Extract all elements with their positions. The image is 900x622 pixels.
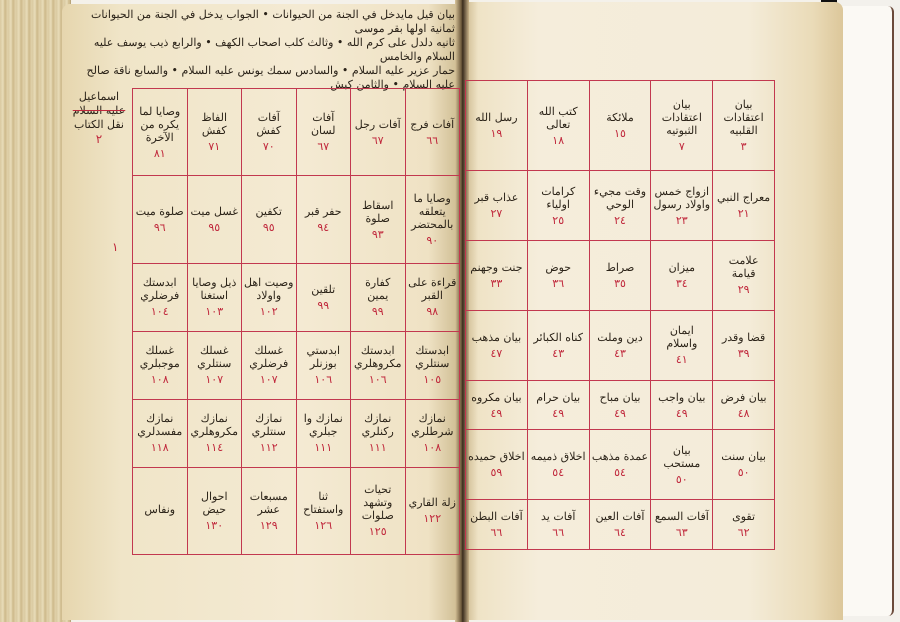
page-number: ٣ — [715, 140, 772, 153]
page-number: ٩٩ — [353, 305, 403, 318]
page-number: ٥٠ — [715, 466, 772, 479]
topic-title: عذاب قبر — [468, 191, 525, 204]
index-cell: قضا وقدر٣٩ — [713, 310, 775, 380]
topic-title: رسل الله — [468, 111, 525, 124]
table-row: زلة القاري١٢٢تحيات وتشهد صلوات١٢٥ثنا واس… — [133, 467, 460, 554]
index-cell: بيان سنت٥٠ — [713, 430, 775, 500]
index-cell: اخلاق ذميمه٥٤ — [527, 430, 589, 500]
index-cell: ملائكة١٥ — [589, 81, 651, 171]
side-note-number: ٢ — [68, 132, 130, 146]
page-number: ٢٣ — [653, 214, 710, 227]
page-number: ١١٢ — [244, 441, 294, 454]
index-cell: وصايا لما يكره من الآخرة٨١ — [133, 89, 188, 176]
side-note: اسماعيل عليه السلام نقل الكتاب ٢ — [68, 90, 130, 146]
page-number: ٤١ — [653, 353, 710, 366]
topic-title: آفات كفش — [244, 111, 294, 137]
topic-title: نمازك سنتلري — [244, 412, 294, 438]
index-cell: كفارة يمين٩٩ — [351, 263, 406, 331]
topic-title: نمازك شرطلري — [408, 412, 458, 438]
index-cell: جنت وجهنم٣٣ — [466, 240, 528, 310]
topic-title: دين وملت — [592, 331, 649, 344]
page-number: ١٣٠ — [190, 519, 240, 532]
page-number: ٧ — [653, 140, 710, 153]
index-cell: وصايا ما يتعلقه بالمحتضر٩٠ — [405, 176, 460, 263]
right-page-index-table: بيان اعتقادات القلبيه٣بيان اعتقادات الثب… — [465, 80, 775, 550]
topic-title: نمازك وا جبلري — [299, 412, 349, 438]
left-page-index-table: آفات فرج٦٦آفات رجل٦٧آفات لسان٦٧آفات كفش٧… — [132, 88, 460, 555]
page-number: ٦٦ — [530, 526, 587, 539]
table-row: وصايا ما يتعلقه بالمحتضر٩٠اسقاط صلوة٩٣حف… — [133, 176, 460, 263]
book-page-edges — [0, 0, 71, 622]
topic-title: كفارة يمين — [353, 276, 403, 302]
page-number: ٣٦ — [530, 277, 587, 290]
index-cell: آفات لسان٦٧ — [296, 89, 351, 176]
side-note-line: اسماعيل — [68, 90, 130, 104]
page-number: ٤٧ — [468, 347, 525, 360]
table-row: تقوى٦٢آفات السمع٦٣آفات العين٦٤آفات يد٦٦آ… — [466, 500, 775, 550]
index-cell: غسلك موجبلري١٠٨ — [133, 331, 188, 399]
index-cell: آفات يد٦٦ — [527, 500, 589, 550]
index-cell: آفات السمع٦٣ — [651, 500, 713, 550]
page-number: ٦٦ — [408, 134, 458, 147]
topic-title: وصايا ما يتعلقه بالمحتضر — [408, 192, 458, 231]
topic-title: جنت وجهنم — [468, 261, 525, 274]
index-cell: وصيت اهل واولاد١٠٢ — [242, 263, 297, 331]
topic-title: غسل ميت — [190, 205, 240, 218]
topic-title: آفات يد — [530, 510, 587, 523]
index-cell: دين وملت٤٣ — [589, 310, 651, 380]
topic-title: ابدستي بوزنلر — [299, 344, 349, 370]
topic-title: تقوى — [715, 510, 772, 523]
index-cell: كرامات اولياء٢٥ — [527, 171, 589, 241]
index-cell: عمدة مذهب٥٤ — [589, 430, 651, 500]
index-cell: غسل ميت٩٥ — [187, 176, 242, 263]
topic-title: آفات رجل — [353, 118, 403, 131]
topic-title: غسلك موجبلري — [135, 344, 185, 370]
flyleaf-page — [838, 6, 894, 616]
page-number: ٣٩ — [715, 347, 772, 360]
index-cell: نمازك شرطلري١٠٨ — [405, 399, 460, 467]
page-number: ٩٦ — [135, 221, 185, 234]
table-row: بيان سنت٥٠بيان مستحب٥٠عمدة مذهب٥٤اخلاق ذ… — [466, 430, 775, 500]
index-cell: بيان مستحب٥٠ — [651, 430, 713, 500]
page-number: ٢٤ — [592, 214, 649, 227]
page-number: ١١١ — [299, 441, 349, 454]
topic-title: كناه الكبائر — [530, 331, 587, 344]
page-number: ١٠٧ — [244, 373, 294, 386]
topic-title: بيان فرض — [715, 391, 772, 404]
table-row: ابدستك سنتلري١٠٥ابدستك مكروهلري١٠٦ابدستي… — [133, 331, 460, 399]
page-number: ١٩ — [468, 127, 525, 140]
topic-title: بيان سنت — [715, 450, 772, 463]
topic-title: بيان اعتقادات الثبوتيه — [653, 98, 710, 137]
page-number: ٢٧ — [468, 207, 525, 220]
topic-title: ملائكة — [592, 111, 649, 124]
index-cell: صراط٣٥ — [589, 240, 651, 310]
page-number: ١٠٨ — [135, 373, 185, 386]
page-number: ٤٩ — [530, 407, 587, 420]
topic-title: كتب الله تعالى — [530, 105, 587, 131]
topic-title: حفر قبر — [299, 205, 349, 218]
topic-title: ابدستك مكروهلري — [353, 344, 403, 370]
index-cell: وقت مجيء الوحي٢٤ — [589, 171, 651, 241]
index-cell: كتب الله تعالى١٨ — [527, 81, 589, 171]
topic-title: ذيل وصايا استغنا — [190, 276, 240, 302]
page-number: ٩٥ — [244, 221, 294, 234]
page-number: ١٢٦ — [299, 519, 349, 532]
topic-title: تلقين — [299, 283, 349, 296]
topic-title: بيان اعتقادات القلبيه — [715, 98, 772, 137]
topic-title: بيان مكروه — [468, 391, 525, 404]
index-cell: آفات كفش٧٠ — [242, 89, 297, 176]
topic-title: عمدة مذهب — [592, 450, 649, 463]
index-cell: بيان واجب٤٩ — [651, 380, 713, 430]
index-cell: علامت قيامة٢٩ — [713, 240, 775, 310]
topic-title: صلوة ميت — [135, 205, 185, 218]
page-number: ٧٠ — [244, 140, 294, 153]
margin-number: ١ — [112, 240, 118, 254]
table-row: آفات فرج٦٦آفات رجل٦٧آفات لسان٦٧آفات كفش٧… — [133, 89, 460, 176]
index-cell: ذيل وصايا استغنا١٠٣ — [187, 263, 242, 331]
index-cell: حوض٣٦ — [527, 240, 589, 310]
index-cell: زلة القاري١٢٢ — [405, 467, 460, 554]
index-cell: نمازك سنتلري١١٢ — [242, 399, 297, 467]
topic-title: تكفين — [244, 205, 294, 218]
table-row: نمازك شرطلري١٠٨نمازك ركنلري١١١نمازك وا ج… — [133, 399, 460, 467]
index-cell: آفات العين٦٤ — [589, 500, 651, 550]
topic-title: علامت قيامة — [715, 254, 772, 280]
topic-title: وصيت اهل واولاد — [244, 276, 294, 302]
topic-title: زلة القاري — [408, 496, 458, 509]
page-number: ١٠٨ — [408, 441, 458, 454]
index-cell: بيان مكروه٤٩ — [466, 380, 528, 430]
topic-title: آفات السمع — [653, 510, 710, 523]
page-number: ٥٩ — [468, 466, 525, 479]
page-number: ٩٩ — [299, 299, 349, 312]
page-number: ١٠٧ — [190, 373, 240, 386]
index-cell: آفات البطن٦٦ — [466, 500, 528, 550]
page-number: ٩٠ — [408, 234, 458, 247]
left-page-heading: بيان قيل مايدخل في الجنة من الحيوانات • … — [70, 8, 455, 92]
topic-title: بيان مستحب — [653, 444, 710, 470]
index-cell: معراج النبي٢١ — [713, 171, 775, 241]
page-number: ١٠٦ — [299, 373, 349, 386]
index-cell: بيان مباح٤٩ — [589, 380, 651, 430]
page-number: ٥٠ — [653, 473, 710, 486]
page-number: ٥٤ — [592, 466, 649, 479]
index-cell: نمازك مكروهلري١١٤ — [187, 399, 242, 467]
page-number: ٤٩ — [468, 407, 525, 420]
index-cell: ابدستي بوزنلر١٠٦ — [296, 331, 351, 399]
page-number: ٦٧ — [353, 134, 403, 147]
topic-title: نمازك مفسدلري — [135, 412, 185, 438]
topic-title: ازواج خمس واولاد رسول — [653, 185, 710, 211]
topic-title: ايمان واسلام — [653, 324, 710, 350]
page-number: ٦٧ — [299, 140, 349, 153]
index-cell: ايمان واسلام٤١ — [651, 310, 713, 380]
side-note-line: نقل الكتاب — [68, 118, 130, 132]
index-cell: نمازك مفسدلري١١٨ — [133, 399, 188, 467]
topic-title: بيان مذهب — [468, 331, 525, 344]
page-number: ١٠٣ — [190, 305, 240, 318]
page-number: ٥٤ — [530, 466, 587, 479]
index-cell: ابدستك فرضلري١٠٤ — [133, 263, 188, 331]
page-number: ٤٩ — [653, 407, 710, 420]
index-cell: ابدستك مكروهلري١٠٦ — [351, 331, 406, 399]
index-cell: بيان فرض٤٨ — [713, 380, 775, 430]
index-cell: كناه الكبائر٤٣ — [527, 310, 589, 380]
index-cell: تقوى٦٢ — [713, 500, 775, 550]
page-number: ١٢٢ — [408, 512, 458, 525]
page-number: ٦٤ — [592, 526, 649, 539]
page-number: ٩٣ — [353, 228, 403, 241]
topic-title: قضا وقدر — [715, 331, 772, 344]
topic-title: نمازك ركنلري — [353, 412, 403, 438]
topic-title: بيان واجب — [653, 391, 710, 404]
index-cell: الفاظ كفش٧١ — [187, 89, 242, 176]
index-cell: نمازك وا جبلري١١١ — [296, 399, 351, 467]
index-cell: احوال حيض١٣٠ — [187, 467, 242, 554]
topic-title: صراط — [592, 261, 649, 274]
topic-title: الفاظ كفش — [190, 111, 240, 137]
index-cell: رسل الله١٩ — [466, 81, 528, 171]
page-number: ١١٨ — [135, 441, 185, 454]
topic-title: غسلك سنتلري — [190, 344, 240, 370]
index-cell: تكفين٩٥ — [242, 176, 297, 263]
page-number: ١٠٢ — [244, 305, 294, 318]
topic-title: آفات لسان — [299, 111, 349, 137]
table-row: معراج النبي٢١ازواج خمس واولاد رسول٢٣وقت … — [466, 171, 775, 241]
topic-title: حوض — [530, 261, 587, 274]
topic-title: غسلك فرضلري — [244, 344, 294, 370]
heading-line: ثانيه دلدل على كرم الله • وثالث كلب اصحا… — [70, 36, 455, 64]
topic-title: وصايا لما يكره من الآخرة — [135, 105, 185, 144]
page-number: ٤٩ — [592, 407, 649, 420]
page-number: ٤٣ — [530, 347, 587, 360]
page-number: ٤٣ — [592, 347, 649, 360]
index-cell: اخلاق حميده٥٩ — [466, 430, 528, 500]
topic-title: ميزان — [653, 261, 710, 274]
index-cell: بيان مذهب٤٧ — [466, 310, 528, 380]
topic-title: معراج النبي — [715, 191, 772, 204]
topic-title: مسبعات عشر — [244, 490, 294, 516]
page-number: ٩٥ — [190, 221, 240, 234]
page-number: ٣٥ — [592, 277, 649, 290]
topic-title: آفات فرج — [408, 118, 458, 131]
index-cell: قراءة على القبر٩٨ — [405, 263, 460, 331]
topic-title: ونفاس — [135, 503, 185, 516]
table-row: بيان اعتقادات القلبيه٣بيان اعتقادات الثب… — [466, 81, 775, 171]
page-number: ٢٥ — [530, 214, 587, 227]
topic-title: اخلاق حميده — [468, 450, 525, 463]
index-cell: ثنا واستفتاح١٢٦ — [296, 467, 351, 554]
topic-title: ابدستك فرضلري — [135, 276, 185, 302]
index-cell: تلقين٩٩ — [296, 263, 351, 331]
index-cell: نمازك ركنلري١١١ — [351, 399, 406, 467]
page-number: ٢٩ — [715, 283, 772, 296]
topic-title: آفات البطن — [468, 510, 525, 523]
page-number: ١٠٤ — [135, 305, 185, 318]
index-cell: مسبعات عشر١٢٩ — [242, 467, 297, 554]
page-number: ٤٨ — [715, 407, 772, 420]
page-number: ٧١ — [190, 140, 240, 153]
topic-title: ثنا واستفتاح — [299, 490, 349, 516]
page-number: ٦٣ — [653, 526, 710, 539]
side-note-line: عليه السلام — [68, 104, 130, 118]
table-row: قضا وقدر٣٩ايمان واسلام٤١دين وملت٤٣كناه ا… — [466, 310, 775, 380]
page-number: ١١٤ — [190, 441, 240, 454]
index-cell: غسلك سنتلري١٠٧ — [187, 331, 242, 399]
topic-title: ابدستك سنتلري — [408, 344, 458, 370]
page-number: ١٠٦ — [353, 373, 403, 386]
topic-title: اسقاط صلوة — [353, 199, 403, 225]
page-number: ٩٤ — [299, 221, 349, 234]
page-number: ٩٨ — [408, 305, 458, 318]
topic-title: آفات العين — [592, 510, 649, 523]
index-cell: تحيات وتشهد صلوات١٢٥ — [351, 467, 406, 554]
index-cell: ميزان٣٤ — [651, 240, 713, 310]
index-cell: آفات رجل٦٧ — [351, 89, 406, 176]
index-cell: آفات فرج٦٦ — [405, 89, 460, 176]
topic-title: بيان حرام — [530, 391, 587, 404]
index-cell: بيان حرام٤٩ — [527, 380, 589, 430]
page-number: ٦٢ — [715, 526, 772, 539]
index-cell: بيان اعتقادات الثبوتيه٧ — [651, 81, 713, 171]
page-number: ١٢٩ — [244, 519, 294, 532]
page-number: ٣٤ — [653, 277, 710, 290]
index-cell: غسلك فرضلري١٠٧ — [242, 331, 297, 399]
topic-title: وقت مجيء الوحي — [592, 185, 649, 211]
index-cell: صلوة ميت٩٦ — [133, 176, 188, 263]
table-row: بيان فرض٤٨بيان واجب٤٩بيان مباح٤٩بيان حرا… — [466, 380, 775, 430]
page-number: ٦٦ — [468, 526, 525, 539]
index-cell: عذاب قبر٢٧ — [466, 171, 528, 241]
topic-title: تحيات وتشهد صلوات — [353, 483, 403, 522]
page-number: ١١١ — [353, 441, 403, 454]
index-cell: اسقاط صلوة٩٣ — [351, 176, 406, 263]
index-cell: حفر قبر٩٤ — [296, 176, 351, 263]
topic-title: اخلاق ذميمه — [530, 450, 587, 463]
page-number: ١٨ — [530, 134, 587, 147]
index-cell: بيان اعتقادات القلبيه٣ — [713, 81, 775, 171]
index-cell: ابدستك سنتلري١٠٥ — [405, 331, 460, 399]
topic-title: قراءة على القبر — [408, 276, 458, 302]
topic-title: نمازك مكروهلري — [190, 412, 240, 438]
page-number: ٣٣ — [468, 277, 525, 290]
index-cell: ونفاس — [133, 467, 188, 554]
page-number: ١٢٥ — [353, 525, 403, 538]
topic-title: بيان مباح — [592, 391, 649, 404]
page-number: ٨١ — [135, 147, 185, 160]
page-number: ١٥ — [592, 127, 649, 140]
index-cell: ازواج خمس واولاد رسول٢٣ — [651, 171, 713, 241]
topic-title: احوال حيض — [190, 490, 240, 516]
page-number: ١٠٥ — [408, 373, 458, 386]
heading-line: بيان قيل مايدخل في الجنة من الحيوانات • … — [70, 8, 455, 36]
table-row: علامت قيامة٢٩ميزان٣٤صراط٣٥حوض٣٦جنت وجهنم… — [466, 240, 775, 310]
topic-title: كرامات اولياء — [530, 185, 587, 211]
table-row: قراءة على القبر٩٨كفارة يمين٩٩تلقين٩٩وصيت… — [133, 263, 460, 331]
page-number: ٢١ — [715, 207, 772, 220]
